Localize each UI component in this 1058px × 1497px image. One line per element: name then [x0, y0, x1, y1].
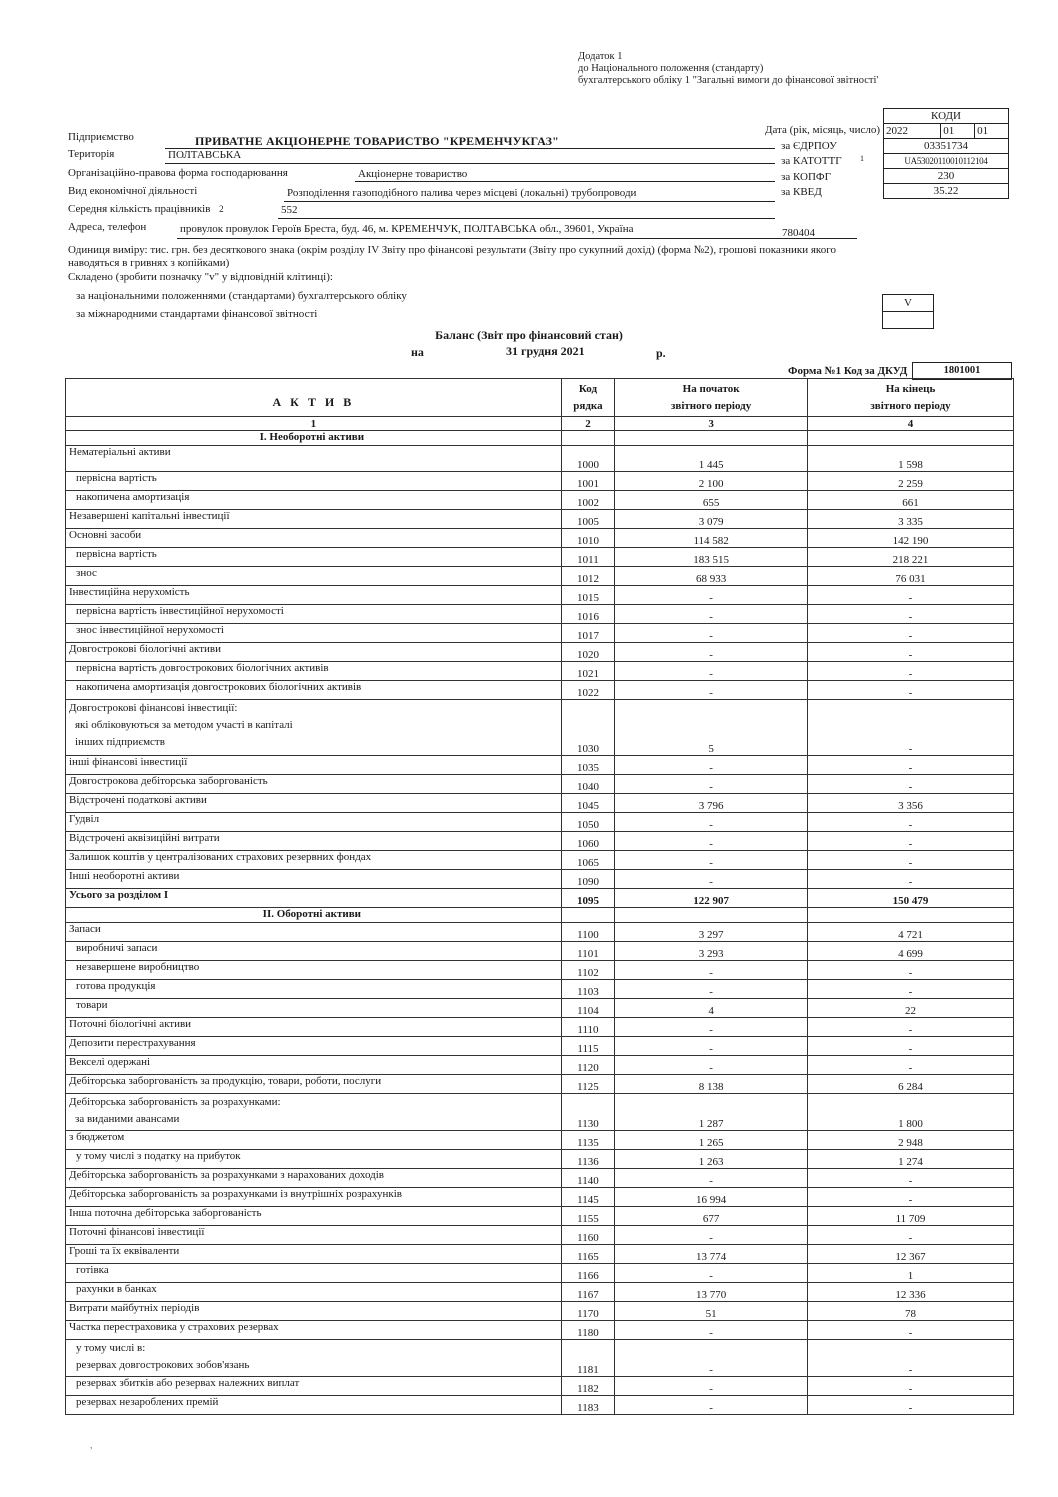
total-row: Усього за розділом I1095122 907150 479 [66, 889, 1014, 908]
table-row: товари1104422 [66, 999, 1014, 1018]
row-name: первісна вартість [66, 472, 562, 491]
row-name: у тому числі з податку на прибуток [66, 1150, 562, 1169]
row-code: 1130 [561, 1094, 615, 1131]
katottg-code: UA53020110010112104 [884, 154, 1009, 169]
row-name: первісна вартість інвестиційної нерухомо… [66, 605, 562, 624]
col-num-4: 4 [808, 417, 1014, 431]
row-end-value: 78 [808, 1302, 1014, 1321]
empty-cell [808, 908, 1014, 923]
row-code: 1095 [561, 889, 615, 908]
row-end-value: - [808, 1018, 1014, 1037]
row-code: 1145 [561, 1188, 615, 1207]
row-end-value: - [808, 851, 1014, 870]
row-name-line1: Дебіторська заборгованість за розрахунка… [69, 1094, 558, 1111]
row-name: Запаси [66, 923, 562, 942]
row-name: резервах збитків або резервах належних в… [66, 1377, 562, 1396]
table-row: Інша поточна дебіторська заборгованість1… [66, 1207, 1014, 1226]
row-begin-value: 3 293 [615, 942, 808, 961]
row-begin-value: - [615, 1321, 808, 1340]
row-code: 1170 [561, 1302, 615, 1321]
row-name: Депозити перестрахування [66, 1037, 562, 1056]
table-row: Поточні фінансові інвестиції1160-- [66, 1226, 1014, 1245]
row-name: інші фінансові інвестиції [66, 756, 562, 775]
row-begin-value: - [615, 586, 808, 605]
table-row: Залишок коштів у централізованих страхов… [66, 851, 1014, 870]
row-name: знос [66, 567, 562, 586]
standards-checkbox-group: V [882, 294, 934, 329]
employees-footnote-mark: 2 [219, 204, 224, 214]
row-code: 1160 [561, 1226, 615, 1245]
row-code: 1012 [561, 567, 615, 586]
row-end-value: - [808, 832, 1014, 851]
row-name: готова продукція [66, 980, 562, 999]
row-name: Довгострокові фінансові інвестиції:які о… [66, 700, 562, 756]
row-begin-value: - [615, 1377, 808, 1396]
row-code: 1002 [561, 491, 615, 510]
row-begin-value: 2 100 [615, 472, 808, 491]
row-end-value: - [808, 1169, 1014, 1188]
row-name: у тому числі в:резервах довгострокових з… [66, 1340, 562, 1377]
row-code: 1166 [561, 1264, 615, 1283]
row-begin-value: - [615, 1340, 808, 1377]
balance-table: А К Т И В Кодрядка На початокзвітного пе… [65, 378, 1014, 1415]
legal-form-value: Акціонерне товариство [358, 168, 467, 180]
row-code: 1110 [561, 1018, 615, 1037]
territory-underline [165, 163, 775, 164]
row-name: Векселі одержані [66, 1056, 562, 1075]
row-code: 1017 [561, 624, 615, 643]
row-begin-value: 51 [615, 1302, 808, 1321]
row-begin-value: 655 [615, 491, 808, 510]
header-asset: А К Т И В [66, 379, 562, 417]
codes-labels: Дата (рік, місяць, число) за ЄДРПОУ за К… [735, 123, 880, 201]
table-row: резервах незароблених премій1183-- [66, 1396, 1014, 1415]
row-code: 1022 [561, 681, 615, 700]
row-code: 1020 [561, 643, 615, 662]
kved-label: за КВЕД [735, 185, 880, 201]
row-code: 1115 [561, 1037, 615, 1056]
row-name: Довгострокова дебіторська заборгованість [66, 775, 562, 794]
row-end-value: - [808, 775, 1014, 794]
report-on-label: на [411, 345, 424, 360]
table-row: у тому числі з податку на прибуток11361 … [66, 1150, 1014, 1169]
section-header-row: І. Необоротні активи [66, 431, 1014, 446]
row-code: 1000 [561, 446, 615, 472]
row-code: 1140 [561, 1169, 615, 1188]
row-end-value: - [808, 1321, 1014, 1340]
row-begin-value: - [615, 1037, 808, 1056]
row-end-value: 76 031 [808, 567, 1014, 586]
empty-cell [561, 431, 615, 446]
row-code: 1016 [561, 605, 615, 624]
row-begin-value: - [615, 832, 808, 851]
date-day: 01 [975, 124, 1009, 139]
header-end-line2: звітного періоду [811, 398, 1010, 415]
row-name: Гроші та їх еквіваленти [66, 1245, 562, 1264]
row-code: 1060 [561, 832, 615, 851]
table-row: Інвестиційна нерухомість1015-- [66, 586, 1014, 605]
address-value: провулок провулок Героїв Бреста, буд. 46… [180, 223, 634, 235]
row-name: незавершене виробництво [66, 961, 562, 980]
row-end-value: - [808, 813, 1014, 832]
address-label: Адреса, телефон [68, 221, 146, 233]
row-end-value: - [808, 586, 1014, 605]
row-end-value: 2 259 [808, 472, 1014, 491]
row-code: 1120 [561, 1056, 615, 1075]
date-month: 01 [941, 124, 975, 139]
table-row: Інші необоротні активи1090-- [66, 870, 1014, 889]
col-num-3: 3 [615, 417, 808, 431]
row-end-value: - [808, 605, 1014, 624]
row-begin-value: - [615, 1226, 808, 1245]
row-name: Дебіторська заборгованість за розрахунка… [66, 1188, 562, 1207]
annex-line-1: Додаток 1 [578, 51, 878, 63]
section-title: І. Необоротні активи [66, 431, 562, 446]
employees-label: Середня кількість працівників 2 [68, 203, 224, 215]
table-row: первісна вартість інвестиційної нерухомо… [66, 605, 1014, 624]
row-name-line1: Довгострокові фінансові інвестиції: [69, 700, 558, 717]
row-end-value: 1 800 [808, 1094, 1014, 1131]
table-row: Незавершені капітальні інвестиції10053 0… [66, 510, 1014, 529]
table-row: первісна вартість довгострокових біологі… [66, 662, 1014, 681]
row-end-value: 4 699 [808, 942, 1014, 961]
row-code: 1165 [561, 1245, 615, 1264]
header-code-line1: Код [565, 381, 612, 398]
row-begin-value: 3 297 [615, 923, 808, 942]
column-number-row: 1 2 3 4 [66, 417, 1014, 431]
row-code: 1104 [561, 999, 615, 1018]
table-header-row: А К Т И В Кодрядка На початокзвітного пе… [66, 379, 1014, 417]
codes-box: КОДИ 2022 01 01 03351734 UA5302011001011… [883, 108, 1009, 199]
row-name: Витрати майбутніх періодів [66, 1302, 562, 1321]
row-begin-value: 16 994 [615, 1188, 808, 1207]
table-row: рахунки в банках116713 77012 336 [66, 1283, 1014, 1302]
row-name: Гудвіл [66, 813, 562, 832]
row-code: 1155 [561, 1207, 615, 1226]
table-row: з бюджетом11351 2652 948 [66, 1131, 1014, 1150]
katottg-footnote-mark: 1 [860, 154, 864, 163]
row-end-value: - [808, 1188, 1014, 1207]
row-name: Дебіторська заборгованість за продукцію,… [66, 1075, 562, 1094]
row-begin-value: - [615, 681, 808, 700]
row-end-value: 12 336 [808, 1283, 1014, 1302]
row-code: 1065 [561, 851, 615, 870]
row-end-value: - [808, 961, 1014, 980]
row-end-value: - [808, 1340, 1014, 1377]
table-row: Депозити перестрахування1115-- [66, 1037, 1014, 1056]
row-begin-value: 68 933 [615, 567, 808, 586]
enterprise-label: Підприємство [68, 131, 134, 143]
row-name: Інші необоротні активи [66, 870, 562, 889]
table-row: Гудвіл1050-- [66, 813, 1014, 832]
table-row: знос101268 93376 031 [66, 567, 1014, 586]
table-row: Дебіторська заборгованість за розрахунка… [66, 1169, 1014, 1188]
row-begin-value: 8 138 [615, 1075, 808, 1094]
row-begin-value: 1 445 [615, 446, 808, 472]
row-code: 1045 [561, 794, 615, 813]
section-title: II. Оборотні активи [66, 908, 562, 923]
col-num-2: 2 [561, 417, 615, 431]
kopfg-code: 230 [884, 169, 1009, 184]
row-code: 1090 [561, 870, 615, 889]
table-row: накопичена амортизація1002655661 [66, 491, 1014, 510]
row-code: 1125 [561, 1075, 615, 1094]
form-code-label: Форма №1 Код за ДКУД [788, 365, 907, 377]
row-end-value: 2 948 [808, 1131, 1014, 1150]
row-code: 1030 [561, 700, 615, 756]
row-code: 1001 [561, 472, 615, 491]
row-code: 1015 [561, 586, 615, 605]
edrpou-code: 03351734 [884, 139, 1009, 154]
territory-value: ПОЛТАВСЬКА [168, 149, 241, 161]
annex-line-2: до Національного положення (стандарту) [578, 63, 878, 75]
table-row: Поточні біологічні активи1110-- [66, 1018, 1014, 1037]
national-standards-checkbox[interactable]: V [883, 295, 934, 312]
empty-cell [615, 431, 808, 446]
row-end-value: - [808, 1396, 1014, 1415]
row-end-value: 661 [808, 491, 1014, 510]
row-begin-value: - [615, 961, 808, 980]
table-row: резервах збитків або резервах належних в… [66, 1377, 1014, 1396]
report-year-suffix: р. [656, 346, 666, 361]
table-row: Відстрочені податкові активи10453 7963 3… [66, 794, 1014, 813]
header-code: Кодрядка [561, 379, 615, 417]
row-begin-value: - [615, 662, 808, 681]
kved-code: 35.22 [884, 184, 1009, 199]
row-end-value: 11 709 [808, 1207, 1014, 1226]
row-begin-value: - [615, 775, 808, 794]
enterprise-name: ПРИВАТНЕ АКЦІОНЕРНЕ ТОВАРИСТВО "КРЕМЕНЧУ… [195, 134, 559, 149]
row-end-value: 150 479 [808, 889, 1014, 908]
row-code: 1101 [561, 942, 615, 961]
katottg-label: за КАТОТТГ [735, 154, 880, 170]
row-code: 1135 [561, 1131, 615, 1150]
section-header-row: II. Оборотні активи [66, 908, 1014, 923]
row-end-value: 3 335 [808, 510, 1014, 529]
row-end-value: - [808, 1377, 1014, 1396]
row-name: Дебіторська заборгованість за розрахунка… [66, 1169, 562, 1188]
date-year: 2022 [884, 124, 941, 139]
annex-line-3: бухгалтерського обліку 1 "Загальні вимог… [578, 75, 878, 87]
annex-note: Додаток 1 до Національного положення (ст… [578, 51, 878, 87]
table-row: Дебіторська заборгованість за розрахунка… [66, 1094, 1014, 1131]
row-name: Довгострокові біологічні активи [66, 643, 562, 662]
row-end-value: - [808, 1037, 1014, 1056]
row-begin-value: 3 079 [615, 510, 808, 529]
col-num-1: 1 [66, 417, 562, 431]
unit-of-measure: Одиниця виміру: тис. грн. без десятковог… [68, 244, 868, 270]
row-end-value: 1 [808, 1264, 1014, 1283]
row-begin-value: 122 907 [615, 889, 808, 908]
row-name: резервах незароблених премій [66, 1396, 562, 1415]
international-standards-checkbox[interactable] [883, 312, 934, 329]
row-begin-value: - [615, 605, 808, 624]
table-row: інші фінансові інвестиції1035-- [66, 756, 1014, 775]
row-begin-value: 114 582 [615, 529, 808, 548]
row-end-value: - [808, 980, 1014, 999]
row-code: 1102 [561, 961, 615, 980]
row-name: знос інвестиційної нерухомості [66, 624, 562, 643]
table-row: виробничі запаси11013 2934 699 [66, 942, 1014, 961]
row-begin-value: 183 515 [615, 548, 808, 567]
row-code: 1181 [561, 1340, 615, 1377]
row-code: 1182 [561, 1377, 615, 1396]
row-name-line2: резервах довгострокових зобов'язань [76, 1357, 558, 1374]
table-row: первісна вартість1011183 515218 221 [66, 548, 1014, 567]
employees-underline [278, 218, 775, 219]
row-code: 1021 [561, 662, 615, 681]
row-code: 1103 [561, 980, 615, 999]
row-begin-value: - [615, 624, 808, 643]
date-label: Дата (рік, місяць, число) [735, 123, 880, 139]
row-begin-value: 13 770 [615, 1283, 808, 1302]
row-begin-value: - [615, 643, 808, 662]
edrpou-label: за ЄДРПОУ [735, 139, 880, 155]
row-begin-value: - [615, 1396, 808, 1415]
header-end: На кінецьзвітного періоду [808, 379, 1014, 417]
compiled-label: Складено (зробити позначку "v" у відпові… [68, 271, 333, 283]
row-begin-value: 1 265 [615, 1131, 808, 1150]
row-begin-value: 677 [615, 1207, 808, 1226]
row-begin-value: 5 [615, 700, 808, 756]
row-end-value: 12 367 [808, 1245, 1014, 1264]
row-end-value: 1 598 [808, 446, 1014, 472]
row-end-value: - [808, 643, 1014, 662]
international-standards-label: за міжнародними стандартами фінансової з… [76, 308, 317, 320]
empty-cell [808, 431, 1014, 446]
row-end-value: - [808, 662, 1014, 681]
row-end-value: - [808, 1226, 1014, 1245]
row-name-line2: за виданими авансами [69, 1111, 558, 1128]
row-begin-value: - [615, 1018, 808, 1037]
row-name: Дебіторська заборгованість за розрахунка… [66, 1094, 562, 1131]
report-title: Баланс (Звіт про фінансовий стан) [0, 328, 1058, 343]
row-end-value: 4 721 [808, 923, 1014, 942]
row-begin-value: - [615, 1056, 808, 1075]
row-end-value: 218 221 [808, 548, 1014, 567]
row-name: Інвестиційна нерухомість [66, 586, 562, 605]
row-name: Відстрочені податкові активи [66, 794, 562, 813]
row-end-value: - [808, 624, 1014, 643]
table-row: незавершене виробництво1102-- [66, 961, 1014, 980]
row-end-value: - [808, 756, 1014, 775]
row-begin-value: - [615, 756, 808, 775]
table-row: Витрати майбутніх періодів11705178 [66, 1302, 1014, 1321]
row-name: накопичена амортизація довгострокових бі… [66, 681, 562, 700]
row-end-value: 142 190 [808, 529, 1014, 548]
row-begin-value: 13 774 [615, 1245, 808, 1264]
activity-value: Розподілення газоподібного палива через … [287, 187, 636, 199]
row-name: Усього за розділом I [66, 889, 562, 908]
table-row: накопичена амортизація довгострокових бі… [66, 681, 1014, 700]
row-name: Незавершені капітальні інвестиції [66, 510, 562, 529]
row-begin-value: - [615, 813, 808, 832]
table-row: Основні засоби1010114 582142 190 [66, 529, 1014, 548]
table-row: готівка1166-1 [66, 1264, 1014, 1283]
row-name: Залишок коштів у централізованих страхов… [66, 851, 562, 870]
row-name: Відстрочені аквізиційні витрати [66, 832, 562, 851]
employees-label-text: Середня кількість працівників [68, 203, 210, 215]
row-name: Поточні фінансові інвестиції [66, 1226, 562, 1245]
row-name: з бюджетом [66, 1131, 562, 1150]
legal-form-underline [355, 181, 775, 182]
row-name: рахунки в банках [66, 1283, 562, 1302]
row-code: 1035 [561, 756, 615, 775]
header-begin-line2: звітного періоду [618, 398, 804, 415]
activity-underline [284, 201, 775, 202]
row-begin-value: - [615, 851, 808, 870]
table-row: первісна вартість10012 1002 259 [66, 472, 1014, 491]
table-row: Дебіторська заборгованість за продукцію,… [66, 1075, 1014, 1094]
empty-cell [561, 908, 615, 923]
row-end-value: - [808, 1056, 1014, 1075]
row-code: 1183 [561, 1396, 615, 1415]
row-name: Нематеріальні активи [66, 446, 562, 472]
row-begin-value: - [615, 870, 808, 889]
row-end-value: - [808, 681, 1014, 700]
row-name-line1: у тому числі в: [76, 1340, 558, 1357]
table-row: Довгострокова дебіторська заборгованість… [66, 775, 1014, 794]
row-begin-value: 1 287 [615, 1094, 808, 1131]
employees-value: 552 [281, 204, 298, 216]
header-begin: На початокзвітного періоду [615, 379, 808, 417]
row-code: 1011 [561, 548, 615, 567]
row-code: 1010 [561, 529, 615, 548]
row-begin-value: - [615, 1169, 808, 1188]
row-name: Інша поточна дебіторська заборгованість [66, 1207, 562, 1226]
table-row: знос інвестиційної нерухомості1017-- [66, 624, 1014, 643]
row-code: 1136 [561, 1150, 615, 1169]
scan-artifact: , [90, 1440, 93, 1451]
row-code: 1100 [561, 923, 615, 942]
row-end-value: - [808, 870, 1014, 889]
legal-form-label: Організаційно-правова форма господарюван… [68, 167, 288, 179]
row-name-line2: які обліковуються за методом участі в ка… [69, 717, 558, 734]
national-standards-label: за національними положеннями (стандартам… [76, 290, 407, 302]
row-begin-value: 4 [615, 999, 808, 1018]
table-row: у тому числі в:резервах довгострокових з… [66, 1340, 1014, 1377]
table-row: Запаси11003 2974 721 [66, 923, 1014, 942]
row-name: первісна вартість довгострокових біологі… [66, 662, 562, 681]
empty-cell [615, 908, 808, 923]
table-row: Частка перестраховика у страхових резерв… [66, 1321, 1014, 1340]
row-code: 1180 [561, 1321, 615, 1340]
header-end-line1: На кінець [811, 381, 1010, 398]
row-name: накопичена амортизація [66, 491, 562, 510]
table-row: Довгострокові біологічні активи1020-- [66, 643, 1014, 662]
territory-label: Територія [68, 148, 114, 160]
table-row: Довгострокові фінансові інвестиції:які о… [66, 700, 1014, 756]
row-end-value: - [808, 700, 1014, 756]
row-name: Частка перестраховика у страхових резерв… [66, 1321, 562, 1340]
row-end-value: 22 [808, 999, 1014, 1018]
row-code: 1050 [561, 813, 615, 832]
table-row: Векселі одержані1120-- [66, 1056, 1014, 1075]
report-date: 31 грудня 2021 [506, 344, 585, 359]
row-code: 1040 [561, 775, 615, 794]
table-row: Дебіторська заборгованість за розрахунка… [66, 1188, 1014, 1207]
row-end-value: 6 284 [808, 1075, 1014, 1094]
address-underline [177, 238, 857, 239]
row-name: Основні засоби [66, 529, 562, 548]
row-begin-value: 1 263 [615, 1150, 808, 1169]
kopfg-label: за КОПФГ [735, 170, 880, 186]
row-begin-value: - [615, 980, 808, 999]
row-name: виробничі запаси [66, 942, 562, 961]
row-begin-value: - [615, 1264, 808, 1283]
row-code: 1167 [561, 1283, 615, 1302]
row-end-value: 1 274 [808, 1150, 1014, 1169]
